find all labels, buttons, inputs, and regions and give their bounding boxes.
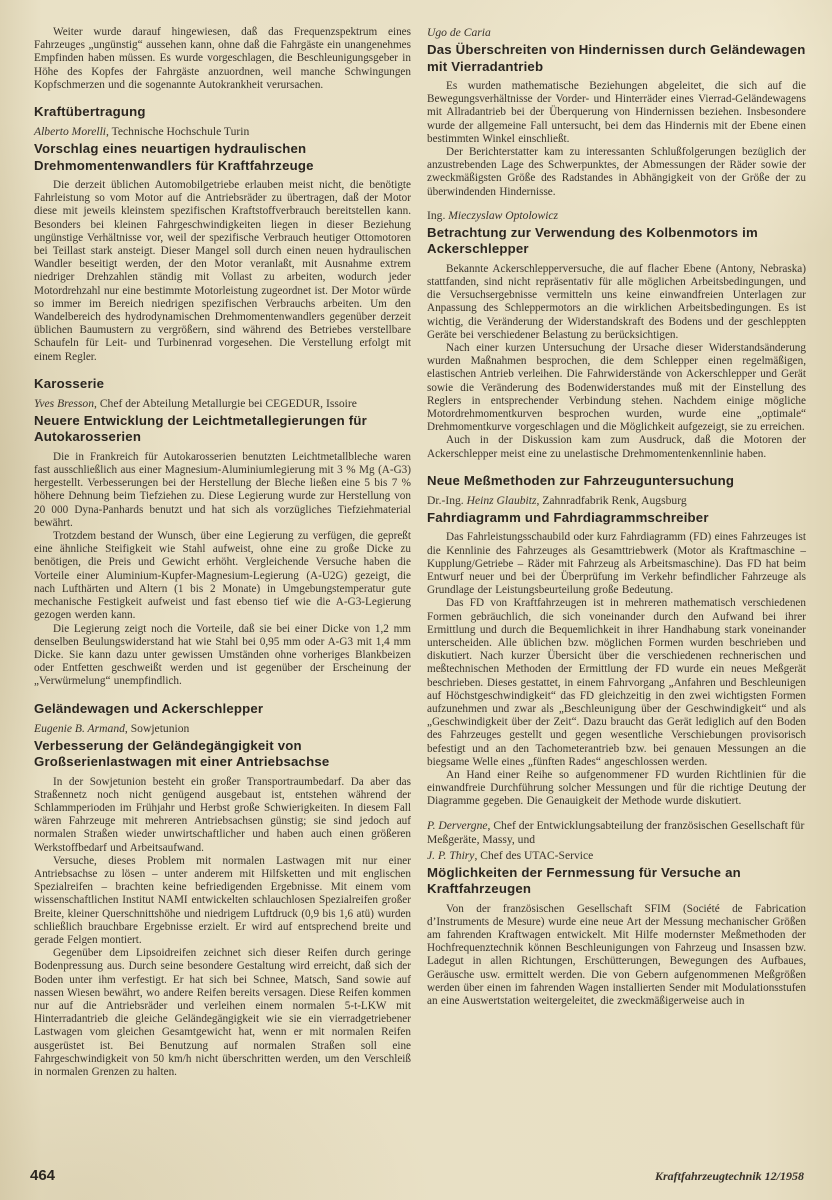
author-line: Yves Bresson, Chef der Abteilung Metallu… — [34, 397, 411, 411]
author-line: Eugenie B. Armand, Sowjetunion — [34, 722, 411, 736]
author-line: Ing. Mieczyslaw Optolowicz — [427, 209, 806, 223]
author-name: Heinz Glaubitz — [467, 494, 537, 507]
two-column-layout: Weiter wurde darauf hingewiesen, daß das… — [0, 0, 832, 1079]
left-column: Weiter wurde darauf hingewiesen, daß das… — [34, 26, 411, 1079]
page-footer: 464 Kraftfahrzeugtechnik 12/1958 — [30, 1167, 804, 1184]
section-heading-messmethoden: Neue Meßmethoden zur Fahrzeuguntersuchun… — [427, 473, 806, 489]
paragraph: Versuche, dieses Problem mit normalen La… — [34, 855, 411, 947]
author-name: Alberto Morelli — [34, 125, 106, 138]
journal-page: Weiter wurde darauf hingewiesen, daß das… — [0, 0, 832, 1200]
author-name: Yves Bresson — [34, 397, 94, 410]
paragraph: Von der französischen Gesellschaft SFIM … — [427, 903, 806, 1009]
author-prefix: Ing. — [427, 209, 448, 222]
paragraph: Gegenüber dem Lipsoidreifen zeichnet sic… — [34, 947, 411, 1079]
article-title: Betrachtung zur Verwendung des Kolbenmot… — [427, 225, 806, 258]
paragraph: Die derzeit üblichen Automobilgetriebe e… — [34, 179, 411, 364]
author-name: J. P. Thiry — [427, 849, 474, 862]
author-name: Ugo de Caria — [427, 26, 491, 39]
author-affiliation: , Sowjetunion — [125, 722, 189, 735]
paragraph: Weiter wurde darauf hingewiesen, daß das… — [34, 26, 411, 92]
article-title: Das Überschreiten von Hindernissen durch… — [427, 42, 806, 75]
section-heading-kraftuebertragung: Kraftübertragung — [34, 104, 411, 120]
paragraph: Auch in der Diskussion kam zum Ausdruck,… — [427, 434, 806, 460]
page-number: 464 — [30, 1167, 55, 1184]
author-affiliation: , Zahnradfabrik Renk, Augsburg — [537, 494, 687, 507]
paragraph: In der Sowjetunion besteht ein großer Tr… — [34, 776, 411, 855]
paragraph: Der Berichterstatter kam zu interessante… — [427, 146, 806, 199]
paragraph: Nach einer kurzen Untersuchung der Ursac… — [427, 342, 806, 434]
right-column: Ugo de Caria Das Überschreiten von Hinde… — [427, 26, 806, 1079]
paragraph: Die Legierung zeigt noch die Vorteile, d… — [34, 623, 411, 689]
author-name: Eugenie B. Armand — [34, 722, 125, 735]
author-affiliation: , Chef des UTAC-Service — [474, 849, 593, 862]
author-affiliation: , Chef der Abteilung Metallurgie bei CEG… — [94, 397, 357, 410]
author-line: J. P. Thiry, Chef des UTAC-Service — [427, 849, 806, 863]
paragraph: Bekannte Ackerschlepperversuche, die auf… — [427, 263, 806, 342]
author-line: Alberto Morelli, Technische Hochschule T… — [34, 125, 411, 139]
article-title: Neuere Entwicklung der Leichtmetallegier… — [34, 413, 411, 446]
paragraph: Es wurden mathematische Beziehungen abge… — [427, 80, 806, 146]
article-title: Vorschlag eines neuartigen hydraulischen… — [34, 141, 411, 174]
author-line: P. Dervergne, Chef der Entwicklungsabtei… — [427, 819, 806, 847]
author-name: P. Dervergne — [427, 819, 488, 832]
section-heading-gelaendewagen: Geländewagen und Ackerschlepper — [34, 701, 411, 717]
author-name: Mieczyslaw Optolowicz — [448, 209, 558, 222]
paragraph: An Hand einer Reihe so aufgenommener FD … — [427, 769, 806, 809]
author-affiliation: , Technische Hochschule Turin — [106, 125, 249, 138]
journal-title: Kraftfahrzeugtechnik 12/1958 — [655, 1169, 804, 1184]
article-title: Verbesserung der Geländegängigkeit von G… — [34, 738, 411, 771]
article-title: Möglichkeiten der Fernmessung für Versuc… — [427, 865, 806, 898]
section-heading-karosserie: Karosserie — [34, 376, 411, 392]
article-title: Fahrdiagramm und Fahrdiagrammschreiber — [427, 510, 806, 527]
author-prefix: Dr.-Ing. — [427, 494, 467, 507]
paragraph: Trotzdem bestand der Wunsch, über eine L… — [34, 530, 411, 622]
paragraph: Die in Frankreich für Autokarosserien be… — [34, 451, 411, 530]
paragraph: Das FD von Kraftfahrzeugen ist in mehrer… — [427, 597, 806, 769]
paragraph: Das Fahrleistungsschaubild oder kurz Fah… — [427, 531, 806, 597]
author-line: Dr.-Ing. Heinz Glaubitz, Zahnradfabrik R… — [427, 494, 806, 508]
author-line: Ugo de Caria — [427, 26, 806, 40]
